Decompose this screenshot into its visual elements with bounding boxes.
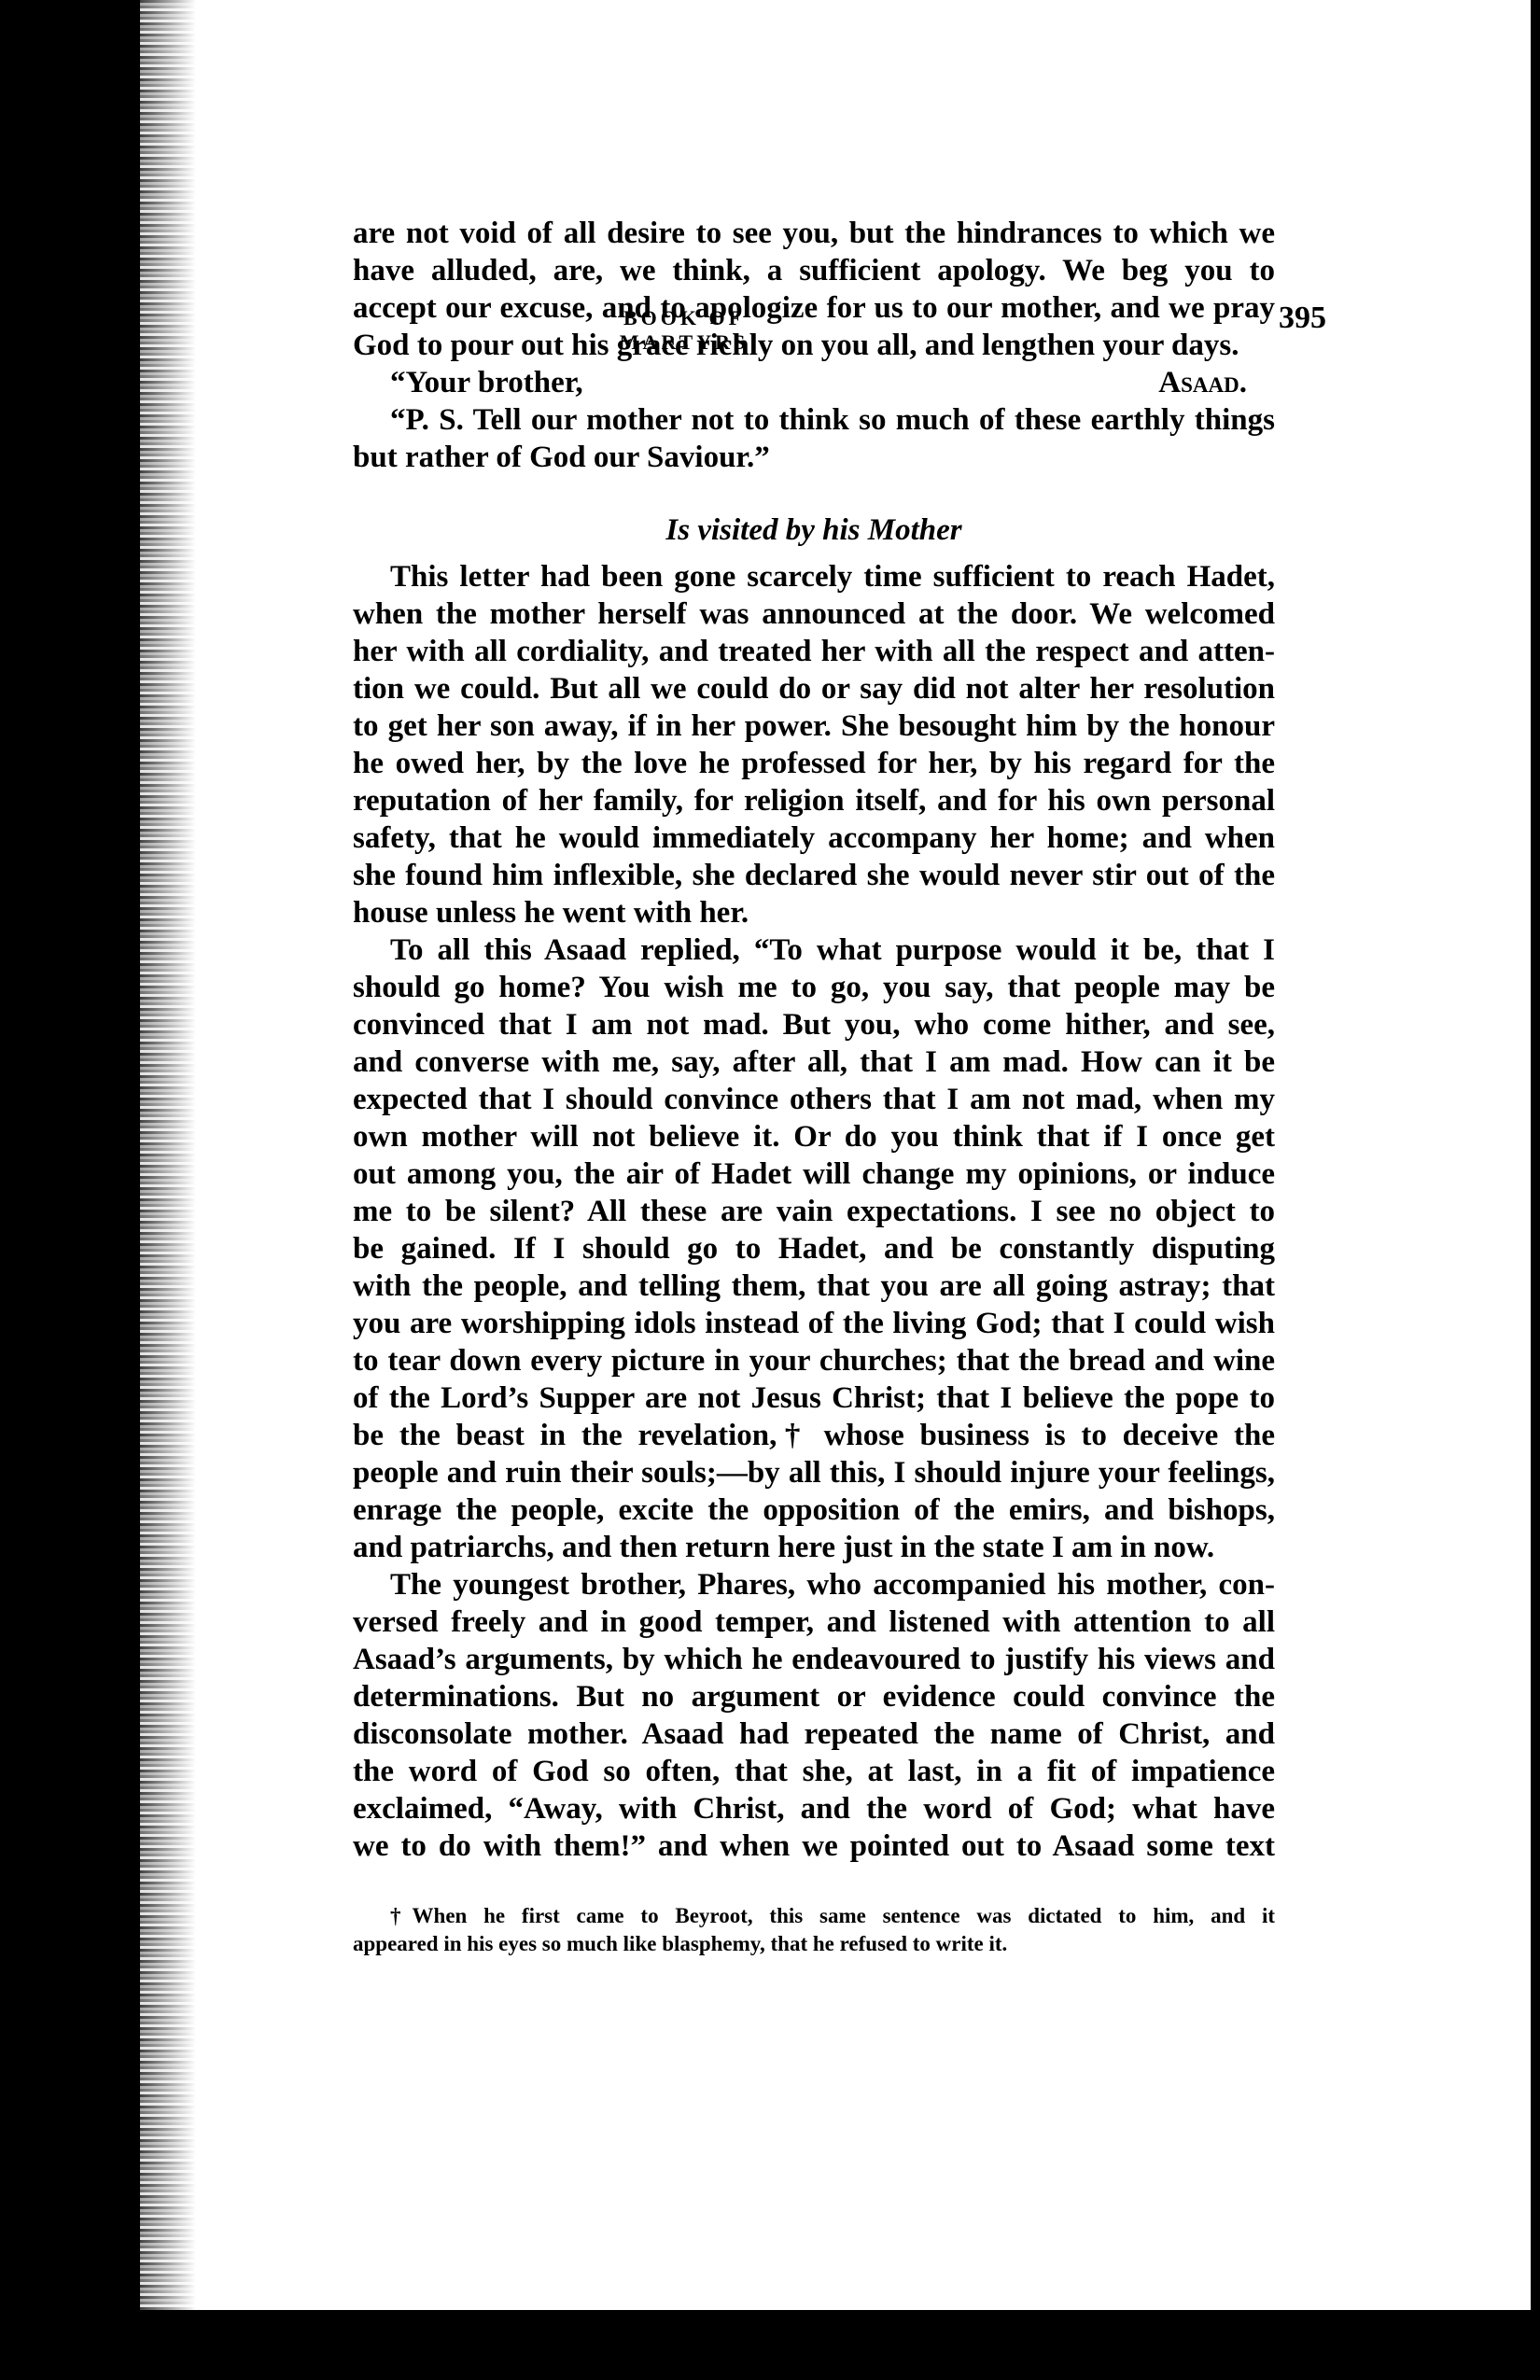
- text-line: with the people, and telling them, that …: [353, 1267, 1275, 1305]
- signature-name: Asaad.: [1158, 364, 1247, 401]
- text-line: her with all cordiality, and treated her…: [353, 633, 1275, 670]
- letter-continuation: are not void of all desire to see you, b…: [353, 215, 1275, 476]
- text-line: when the mother herself was announced at…: [353, 595, 1275, 633]
- footnote-line: †When he first came to Beyroot, this sam…: [353, 1902, 1275, 1930]
- text-line: be gained. If I should go to Hadet, and …: [353, 1230, 1275, 1267]
- text-line: to tear down every picture in your churc…: [353, 1342, 1275, 1379]
- text-line: safety, that he would immediately accomp…: [353, 819, 1275, 857]
- text-line: you are worshipping idols instead of the…: [353, 1305, 1275, 1342]
- text-line: versed freely and in good temper, and li…: [353, 1603, 1275, 1641]
- text-line: determinations. But no argument or evide…: [353, 1678, 1275, 1715]
- scan-shadow-edge: [140, 0, 196, 2310]
- text-line: own mother will not believe it. Or do yo…: [353, 1118, 1275, 1155]
- paragraph-2: To all this Asaad replied, “To what purp…: [353, 931, 1275, 1566]
- postscript-line: “P. S. Tell our mother not to think so m…: [353, 401, 1275, 439]
- text-line: be the beast in the revelation,† whose b…: [353, 1417, 1275, 1454]
- signature-closing: “Your brother,: [390, 364, 583, 401]
- text-line: The youngest brother, Phares, who accomp…: [353, 1566, 1275, 1603]
- page-number: 395: [1279, 301, 1326, 336]
- text-line: house unless he went with her.: [353, 894, 1275, 931]
- text-line: God to pour out his grace richly on you …: [353, 327, 1275, 364]
- text-line: enrage the people, excite the opposition…: [353, 1491, 1275, 1529]
- text-line: tion we could. But all we could do or sa…: [353, 670, 1275, 707]
- text-line: have alluded, are, we think, a sufficien…: [353, 252, 1275, 289]
- text-line: are not void of all desire to see you, b…: [353, 215, 1275, 252]
- postscript-line: but rather of God our Saviour.”: [353, 439, 1275, 476]
- text-line: should go home? You wish me to go, you s…: [353, 969, 1275, 1006]
- text-line: This letter had been gone scarcely time …: [353, 558, 1275, 595]
- text-line: the word of God so often, that she, at l…: [353, 1753, 1275, 1790]
- text-line: and patriarchs, and then return here jus…: [353, 1529, 1275, 1566]
- text-line: To all this Asaad replied, “To what purp…: [353, 931, 1275, 969]
- text-line: expected that I should convince others t…: [353, 1081, 1275, 1118]
- text-line: exclaimed, “Away, with Christ, and the w…: [353, 1790, 1275, 1827]
- text-line: she found him inflexible, she declared s…: [353, 857, 1275, 894]
- paragraph-1: This letter had been gone scarcely time …: [353, 558, 1275, 931]
- text-line: of the Lord’s Supper are not Jesus Chris…: [353, 1379, 1275, 1417]
- text-line: accept our excuse, and to apologize for …: [353, 289, 1275, 327]
- text-line: we to do with them!” and when we pointed…: [353, 1827, 1275, 1865]
- text-line: Asaad’s arguments, by which he endeavour…: [353, 1641, 1275, 1678]
- section-heading: Is visited by his Mother: [353, 513, 1275, 548]
- text-line: to get her son away, if in her power. Sh…: [353, 707, 1275, 745]
- footnote: †When he first came to Beyroot, this sam…: [353, 1902, 1275, 1958]
- text-line: disconsolate mother. Asaad had repeated …: [353, 1715, 1275, 1753]
- text-line: people and ruin their souls;—by all this…: [353, 1454, 1275, 1491]
- text-line: and converse with me, say, after all, th…: [353, 1043, 1275, 1081]
- text-line: convinced that I am not mad. But you, wh…: [353, 1006, 1275, 1043]
- text-line: reputation of her family, for religion i…: [353, 782, 1275, 819]
- letter-signature: “Your brother, Asaad.: [353, 364, 1275, 401]
- text-line: out among you, the air of Hadet will cha…: [353, 1155, 1275, 1193]
- paragraph-3: The youngest brother, Phares, who accomp…: [353, 1566, 1275, 1865]
- text-line: me to be silent? All these are vain expe…: [353, 1193, 1275, 1230]
- footnote-line: appeared in his eyes so much like blasph…: [353, 1930, 1275, 1958]
- text-line: he owed her, by the love he professed fo…: [353, 745, 1275, 782]
